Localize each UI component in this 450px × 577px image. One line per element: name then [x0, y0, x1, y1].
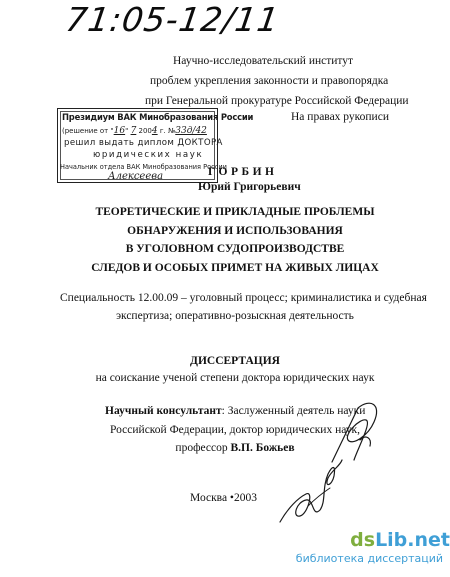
specialty-line-1: Специальность 12.00.09 – уголовный проце… — [60, 289, 410, 307]
specialty-line-2: экспертиза; оперативно-розыскная деятель… — [60, 307, 410, 325]
stamp-line-decision: (решение от "16" 7 2004 г. №33д/42 — [62, 126, 207, 136]
dissertation-title: ТЕОРЕТИЧЕСКИЕ И ПРИКЛАДНЫЕ ПРОБЛЕМЫ ОБНА… — [70, 203, 400, 277]
author-signature-icon — [278, 458, 348, 524]
city-year: Москва •2003 — [190, 492, 257, 504]
title-line-3: В УГОЛОВНОМ СУДОПРОИЗВОДСТВЕ — [70, 240, 400, 259]
dslib-brand: dsLib.net — [325, 530, 450, 550]
scientific-consultant-block: Научный консультант: Заслуженный деятель… — [105, 402, 365, 458]
consultant-line-2: Российской Федерации, доктор юридических… — [105, 421, 365, 440]
manuscript-rights-label: На правах рукописи — [291, 111, 389, 123]
institution-line-1: Научно-исследовательский институт — [150, 51, 450, 71]
stamp-day: 16 — [114, 126, 125, 136]
institution-header: Научно-исследовательский институт пробле… — [150, 51, 450, 111]
author-given-names: Юрий Григорьевич — [198, 181, 301, 193]
author-surname: ГОРБИН — [208, 166, 278, 178]
consultant-label: Научный консультант — [105, 405, 222, 417]
consultant-line-3: профессор В.П. Божьев — [105, 439, 365, 458]
dslib-subtitle: библиотека диссертаций — [296, 552, 443, 566]
stamp-line-presidium: Президиум ВАК Минобразования России — [62, 112, 253, 122]
vak-approval-stamp: Президиум ВАК Минобразования России (реш… — [57, 108, 218, 183]
title-line-4: СЛЕДОВ И ОСОБЫХ ПРИМЕТ НА ЖИВЫХ ЛИЦАХ — [70, 259, 400, 278]
title-line-1: ТЕОРЕТИЧЕСКИЕ И ПРИКЛАДНЫЕ ПРОБЛЕМЫ — [70, 203, 400, 222]
stamp-signature: Алексеева — [108, 171, 163, 182]
stamp-line-science: юридических наук — [93, 150, 203, 160]
archive-code-handwritten: 71:05-12/11 — [63, 0, 282, 40]
stamp-number: 33д/42 — [175, 126, 207, 136]
title-line-2: ОБНАРУЖЕНИЯ И ИСПОЛЬЗОВАНИЯ — [70, 222, 400, 241]
stamp-line-decision-text: решил выдать диплом ДОКТОРА — [64, 138, 223, 148]
specialty-block: Специальность 12.00.09 – уголовный проце… — [60, 289, 410, 325]
consultant-name: В.П. Божьев — [231, 442, 295, 454]
degree-line: на соискание ученой степени доктора юрид… — [60, 372, 410, 384]
consultant-line-1: Научный консультант: Заслуженный деятель… — [105, 402, 365, 421]
dslib-watermark-logo[interactable]: dsLib.net библиотека диссертаций — [325, 530, 450, 550]
document-type-heading: ДИССЕРТАЦИЯ — [60, 355, 410, 367]
stamp-line-head: Начальник отдела ВАК Минобразования Росс… — [60, 163, 227, 171]
institution-line-2: проблем укрепления законности и правопор… — [150, 71, 450, 91]
